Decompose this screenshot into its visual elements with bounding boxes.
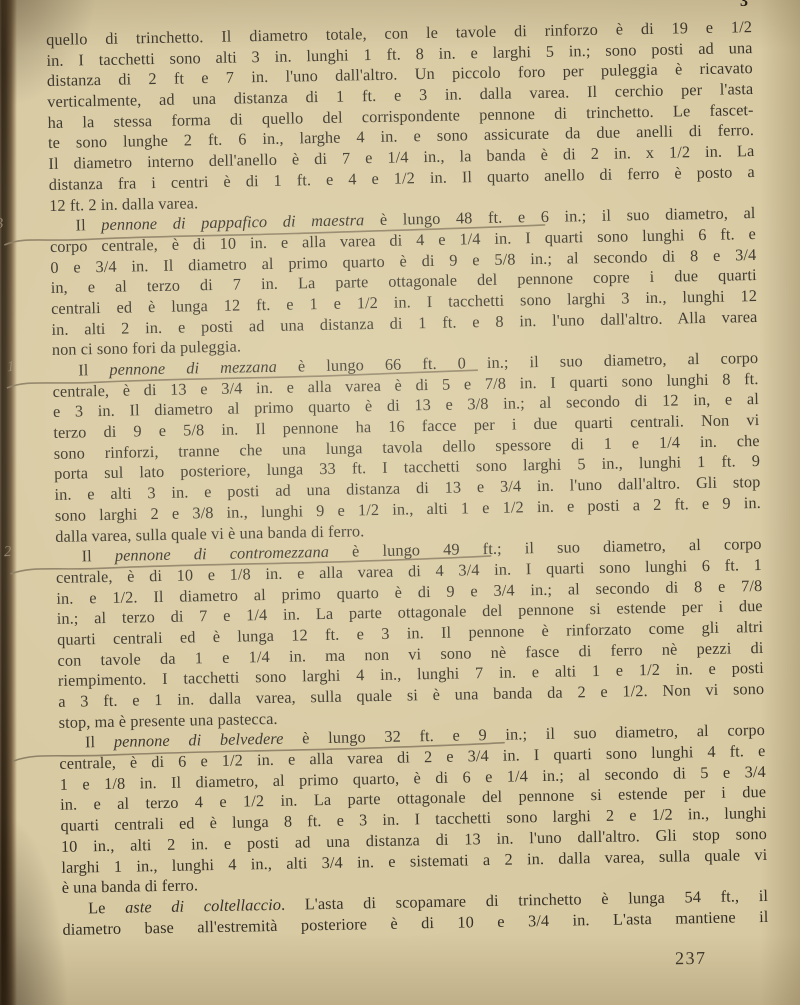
paragraph-pennone-di-contromezzana: Il pennone di contromezzana è lungo 49 f… — [55, 534, 764, 733]
margin-mark-3: 2 — [3, 544, 12, 561]
margin-mark-2: 1 — [6, 359, 15, 376]
text-segment: 12 ft. 2 in. dalla varea. — [49, 193, 198, 215]
paragraph-pennone-di-mezzana: Il pennone di mezzana è lungo 66 ft. 0 i… — [52, 348, 761, 547]
text-segment: Le — [88, 898, 125, 918]
book-page-photo: 3 quello di trinchetto. Il diametro tota… — [0, 0, 800, 1005]
text-segment: non ci sono fori da puleggia. — [52, 337, 242, 359]
paragraph-pennone-di-pappafico-di-maestra: Il pennone di pappafico di maestra è lun… — [49, 203, 758, 361]
italic-term: pennone di pappafico di maestra — [101, 210, 364, 234]
corner-mark: 3 — [740, 0, 748, 11]
text-segment: Il — [81, 546, 115, 566]
italic-term: aste di coltellaccio — [125, 895, 281, 917]
text-block: quello di trinchetto. Il diametro totale… — [46, 17, 769, 940]
italic-term: pennone di mezzana — [109, 357, 277, 379]
italic-term: pennone di belvedere — [114, 729, 284, 751]
text-segment: Il — [85, 732, 114, 752]
paragraph-continuation-trinchetto: quello di trinchetto. Il diametro totale… — [46, 17, 755, 216]
text-segment: Il — [75, 215, 101, 234]
page-gutter-shadow — [0, 0, 17, 1005]
text-segment: stop, ma è presente una pastecca. — [59, 709, 278, 732]
paragraph-pennone-di-belvedere: Il pennone di belvedere è lungo 32 ft. e… — [59, 720, 768, 898]
margin-mark-1: 3 — [0, 216, 4, 233]
italic-term: pennone di contromezzana — [115, 542, 329, 565]
text-segment: è una banda di ferro. — [62, 876, 199, 897]
page-number: 237 — [675, 948, 707, 969]
text-segment: Il — [78, 360, 110, 380]
